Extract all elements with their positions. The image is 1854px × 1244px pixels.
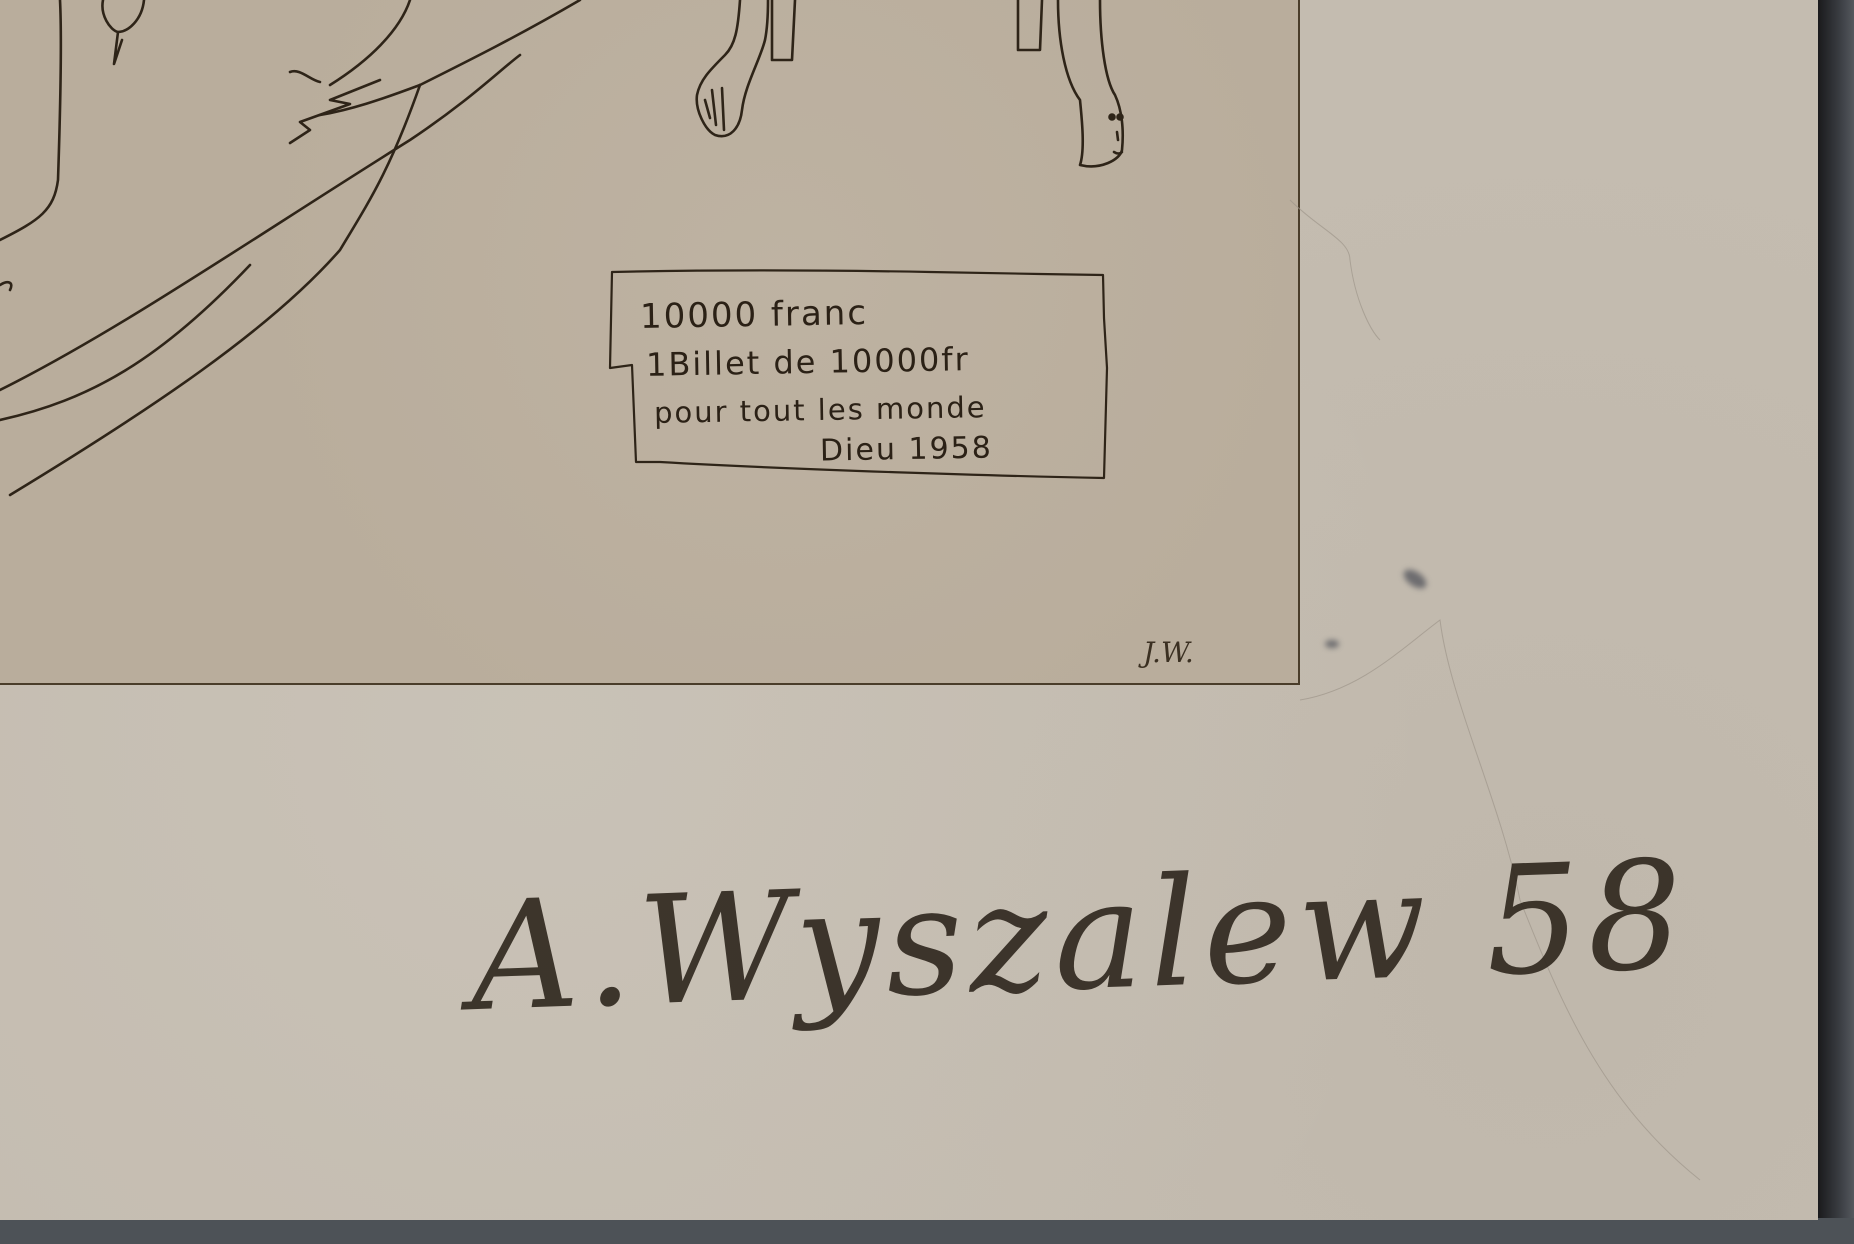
limb-middle	[0, 265, 250, 420]
inscription-line-4: Dieu 1958	[820, 430, 993, 468]
thumb	[290, 71, 320, 82]
drop-shape	[102, 0, 144, 32]
left-foot	[697, 0, 768, 136]
pencil-line	[1290, 200, 1380, 340]
ink-smudge	[1325, 640, 1339, 648]
right-foot	[1058, 0, 1123, 166]
inscription-line-1: 10000 franc	[640, 293, 869, 337]
drop-tip	[114, 32, 122, 64]
upper-arm	[330, 0, 410, 85]
left-foot-hatch	[705, 88, 724, 130]
scribble	[0, 282, 11, 290]
inscription-line-3: pour tout les monde	[654, 390, 987, 430]
limb-outer	[0, 55, 520, 390]
limb-inner	[10, 85, 420, 495]
inscription-line-2: 1Billet de 10000fr	[646, 340, 970, 384]
body-outline	[0, 0, 61, 240]
face-eye-left	[1110, 115, 1115, 120]
left-strap	[772, 0, 795, 60]
right-strap	[1018, 0, 1042, 50]
face-eye-right	[1118, 115, 1123, 120]
ink-drawing	[0, 0, 1854, 1244]
artist-initials: J.W.	[1143, 636, 1194, 669]
